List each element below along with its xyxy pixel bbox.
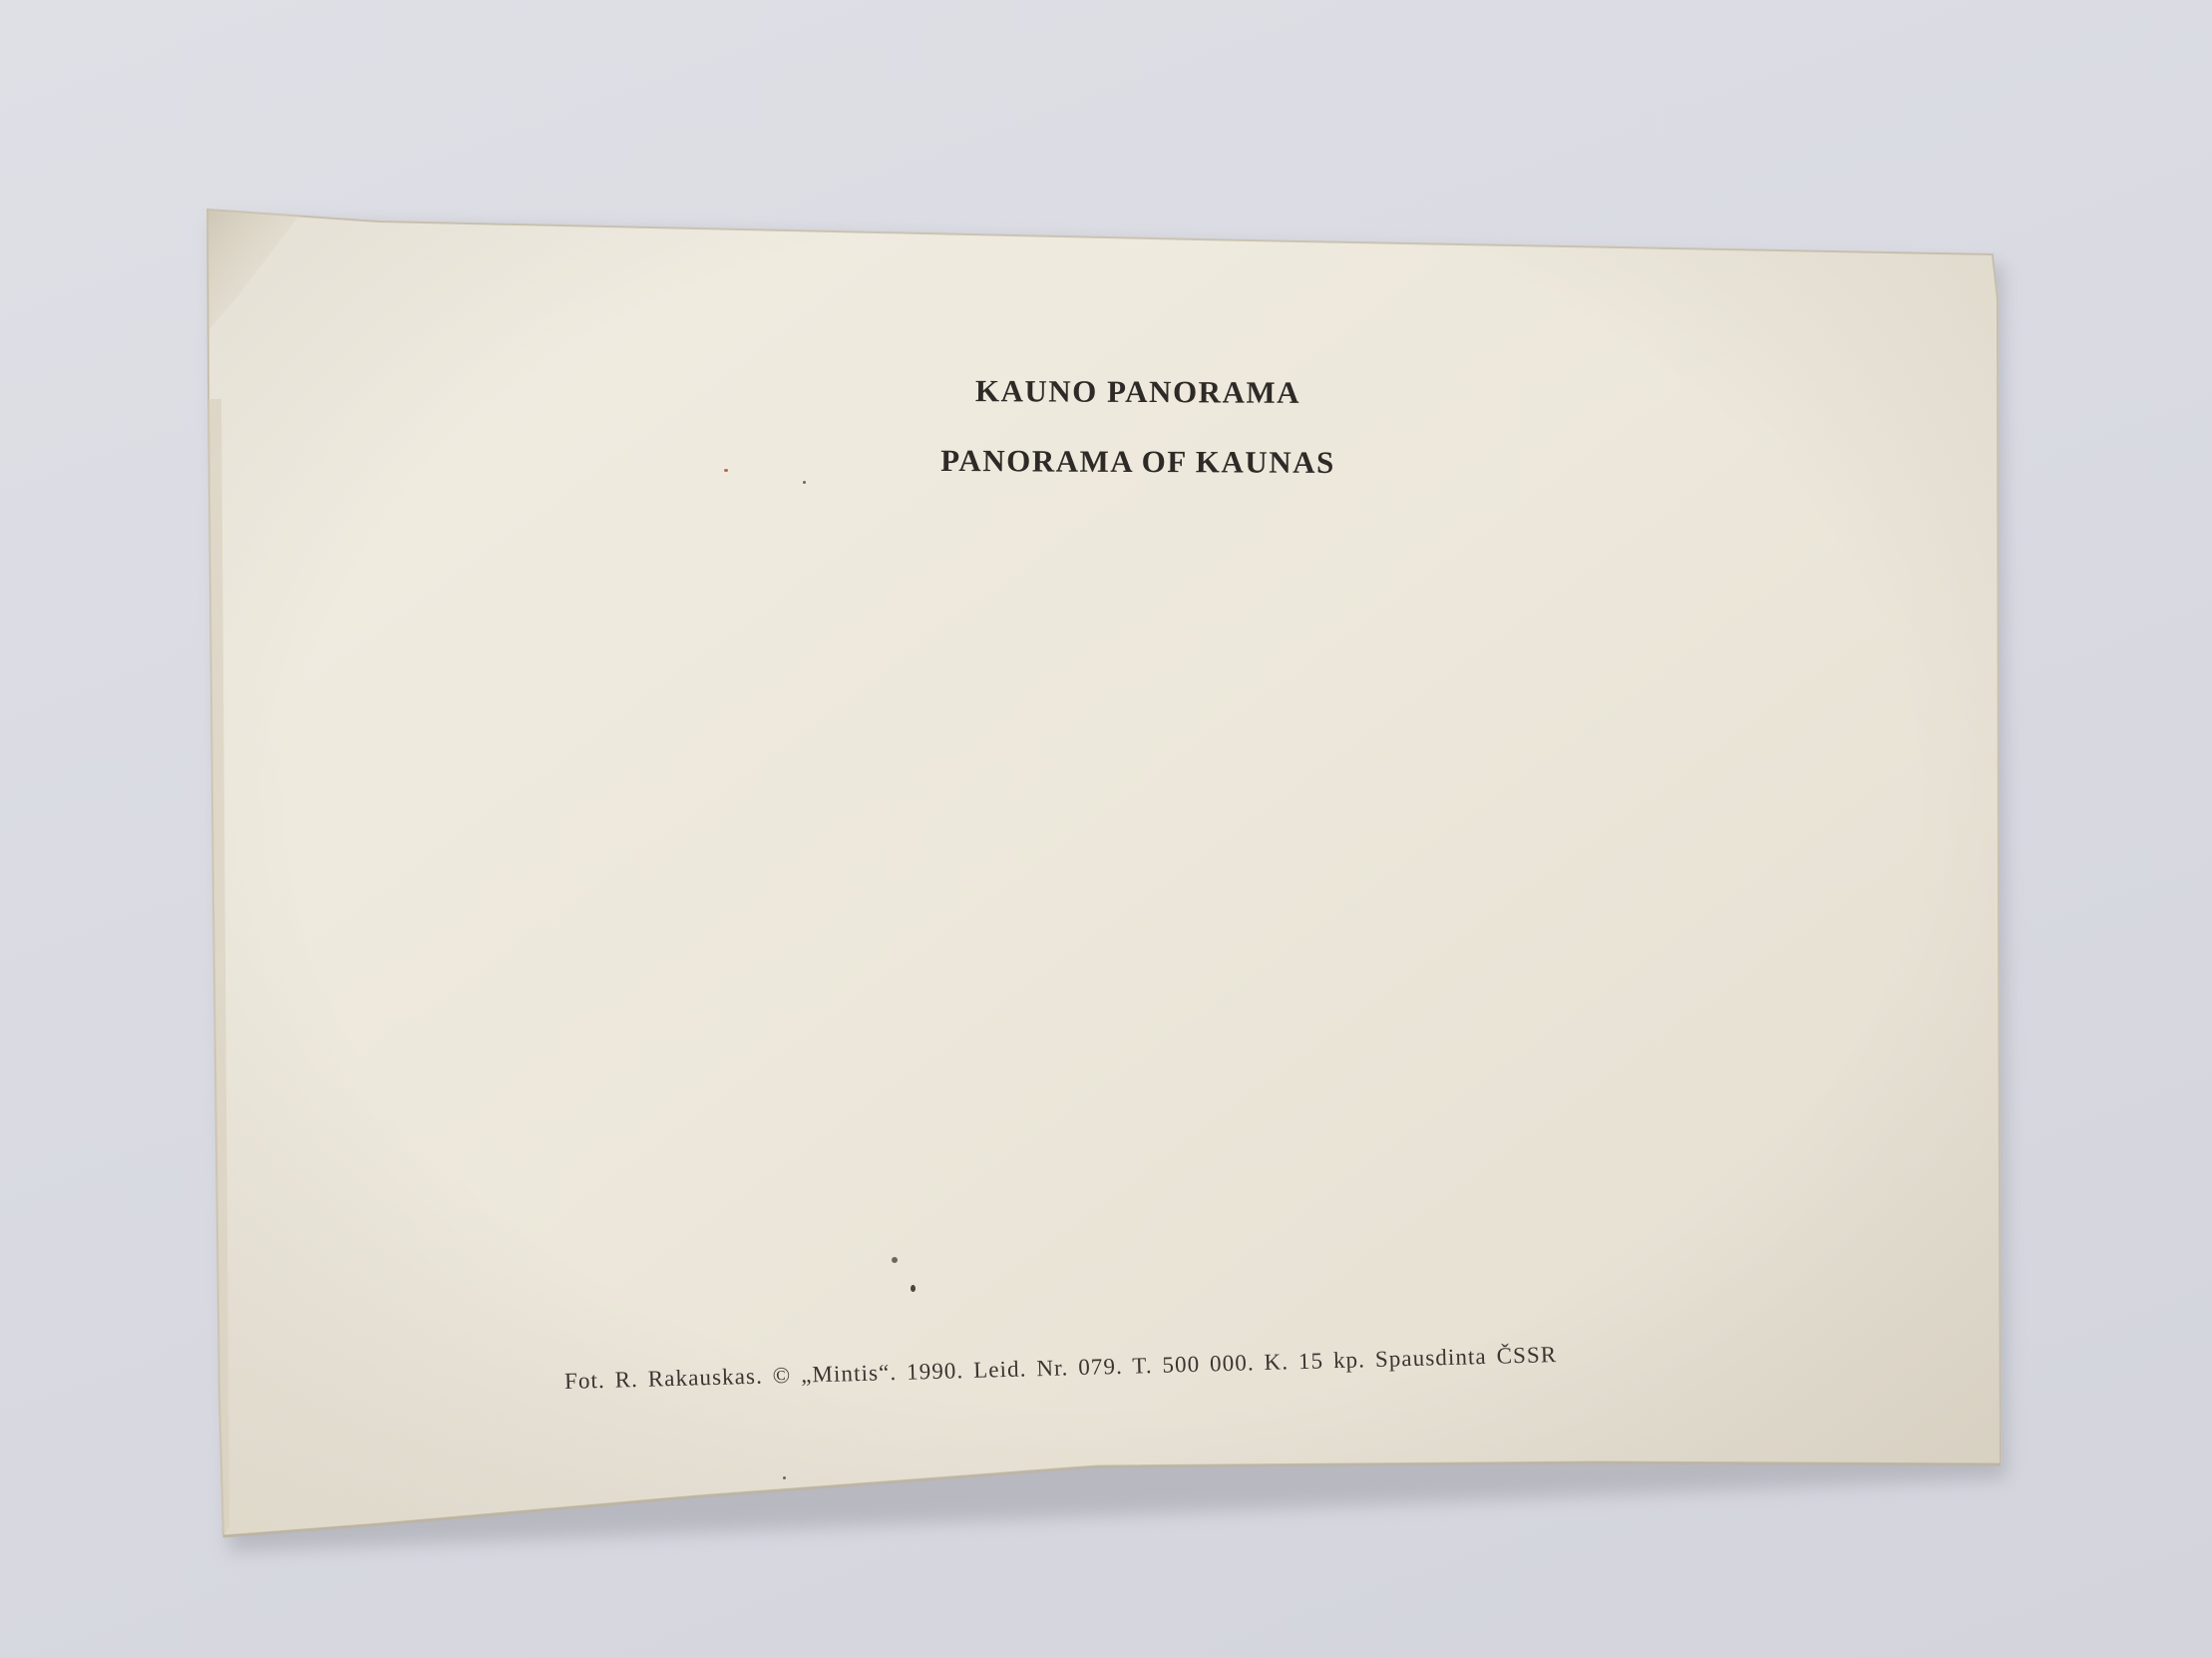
title-lithuanian: KAUNO PANORAMA	[975, 373, 1300, 411]
title-english: PANORAMA OF KAUNAS	[940, 443, 1335, 481]
paper-speck	[892, 1257, 898, 1263]
postcard	[0, 0, 2212, 1658]
paper-speck	[911, 1285, 916, 1292]
paper-speck	[783, 1476, 786, 1479]
paper-speck	[724, 469, 728, 472]
paper-speck	[803, 481, 806, 484]
